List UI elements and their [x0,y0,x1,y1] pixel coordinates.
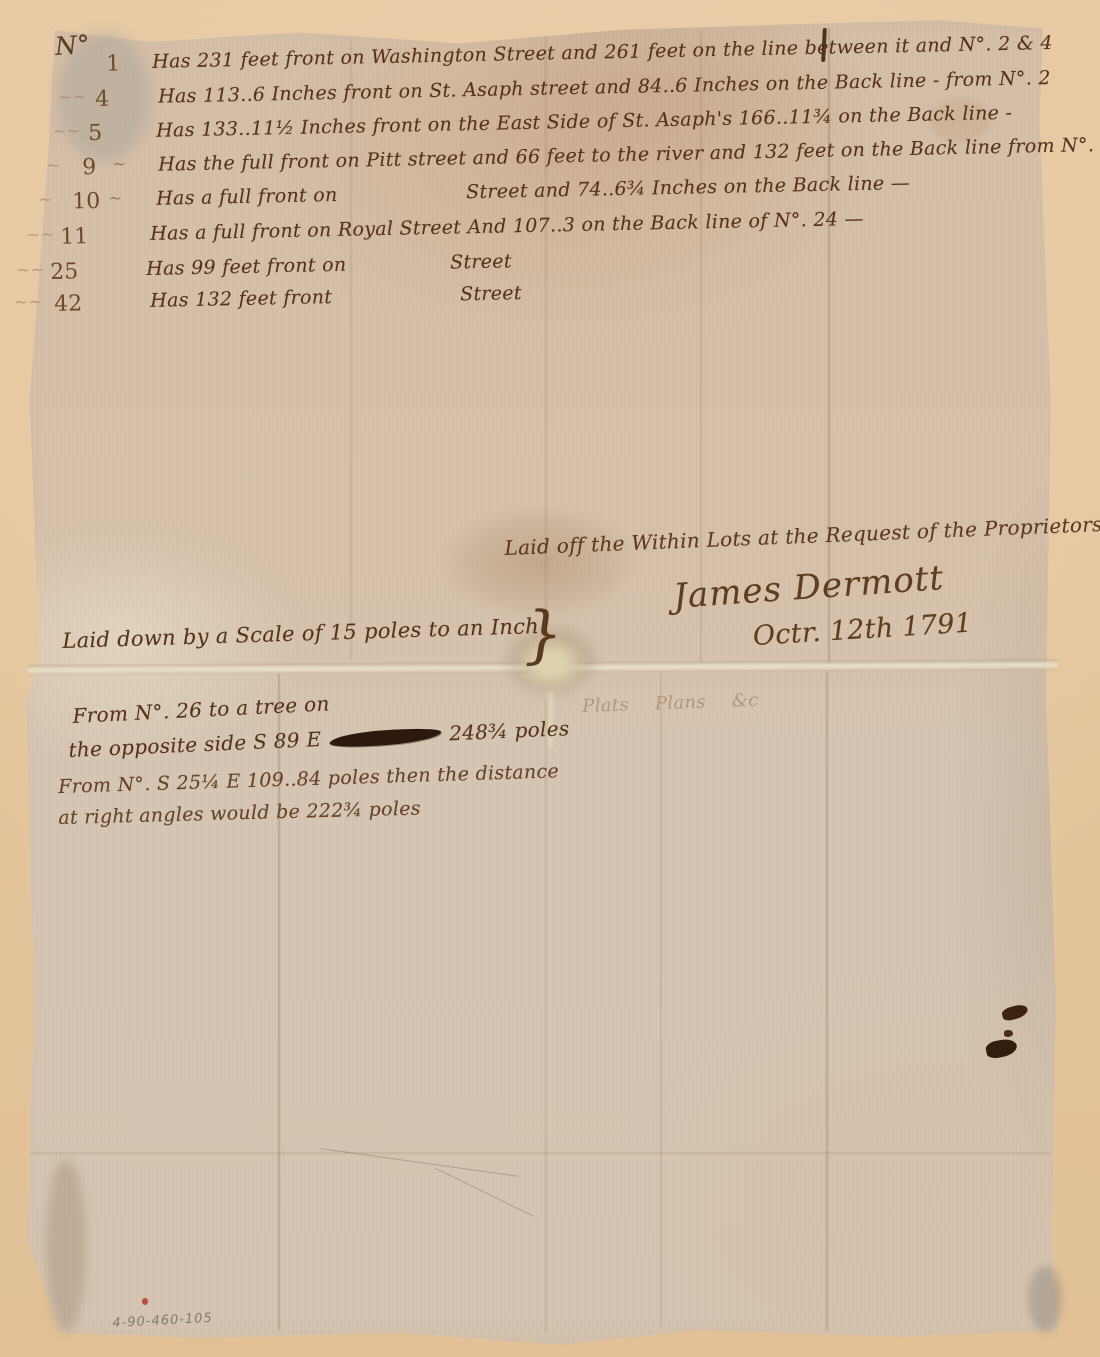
lot-description: Has a full front on [156,184,338,210]
edge-wear-patch [1028,1266,1062,1332]
pen-tick: ~~ [14,292,43,313]
pen-tick: ~ [46,156,61,176]
pen-tick: ~~ [16,260,45,281]
pen-tick: ~~ [58,87,87,108]
pen-dash: ~ [108,188,123,208]
lot-number: 9 [82,155,97,180]
edge-stain [46,1160,86,1332]
scale-brace: } [522,597,564,671]
lot-description: Has 99 feet front on [146,254,347,280]
pen-tick: ~ [38,190,53,210]
lot-number: 42 [54,291,83,317]
lot-number: 5 [88,121,103,146]
lot-number: 11 [60,224,89,250]
lot-number: 1 [106,51,121,76]
pen-tick: ~~ [26,225,55,246]
red-speck [142,1298,148,1305]
lot-description: Has 132 feet front [150,286,332,312]
fold-line [826,672,828,1330]
lot-description-continued: Street [450,250,512,273]
lot-number: 4 [95,87,110,112]
fold-line [660,674,662,1326]
crossed-out-blot [329,726,442,750]
lot-description-continued: Street [460,282,522,305]
lot-number: 25 [50,259,79,285]
fold-line [545,700,547,1332]
pen-dash: ~ [112,154,127,174]
pen-tick: ~~ [52,121,81,142]
fold-line [30,1152,1050,1154]
lot-number: 10 [72,189,101,215]
manuscript-scan: N° 1 Has 231 feet front on Washington St… [0,0,1100,1357]
